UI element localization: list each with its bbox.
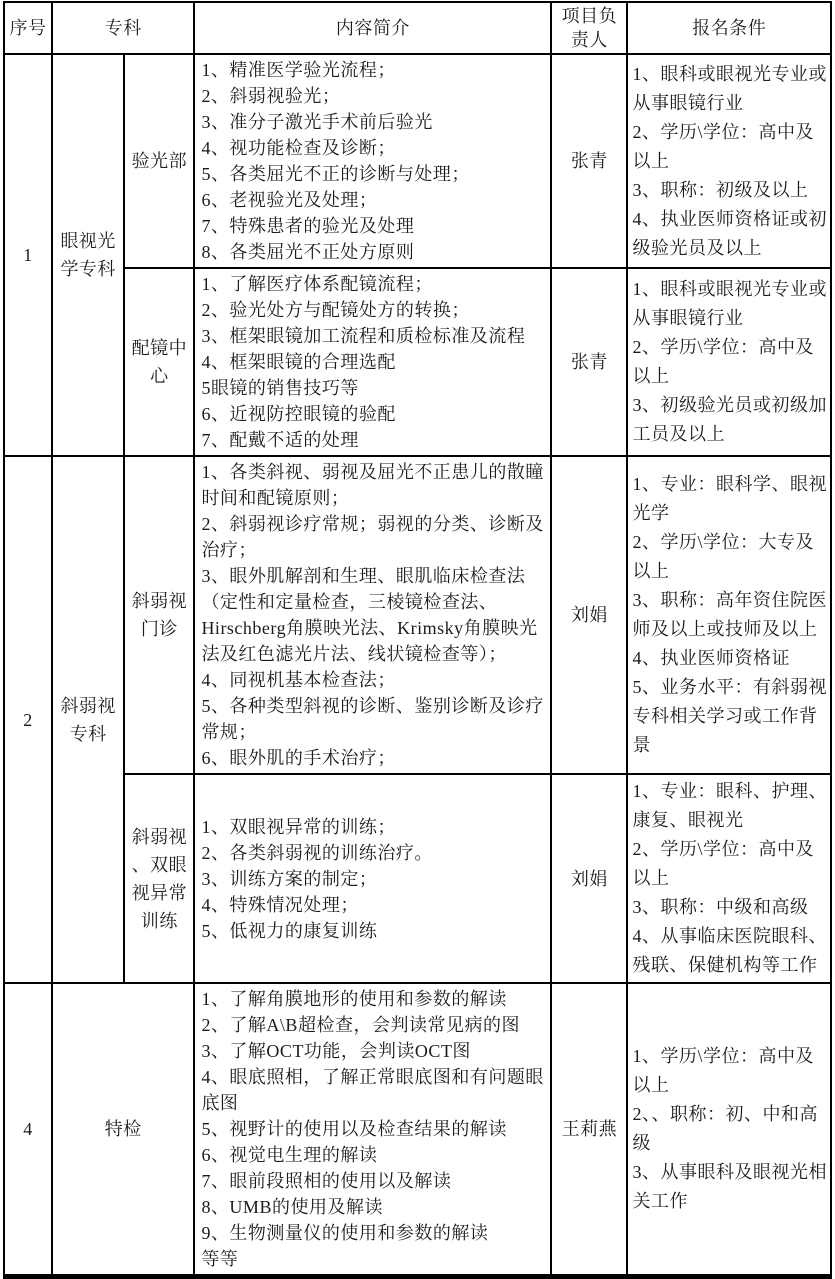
leader-cell: 张青 xyxy=(551,54,627,268)
conditions-cell: 1、眼科或眼视光专业或从事眼镜行业 2、学历\学位：高中及以上 3、初级验光员或… xyxy=(627,268,831,456)
leader-cell: 刘娟 xyxy=(551,774,627,983)
leader-cell: 刘娟 xyxy=(551,456,627,774)
content-cell: 1、双眼视异常的训练； 2、各类斜弱视的训练治疗。 3、训练方案的制定； 4、特… xyxy=(194,774,551,983)
table-row: 4 特检 1、了解角膜地形的使用和参数的解读 2、了解A\B超检查，会判读常见病… xyxy=(4,983,831,1277)
subspecialty-cell: 验光部 xyxy=(124,54,194,268)
conditions-cell: 1、学历\学位：高中及以上 2、、职称：初、中和高级 3、从事眼科及眼视光相关工… xyxy=(627,983,831,1277)
training-programs-table: 序号 专科 内容简介 项目负 责人 报名条件 1 眼视光 学专科 验光部 1、精… xyxy=(3,1,832,1279)
table-row: 2 斜弱视 专科 斜弱视 门诊 1、各类斜视、弱视及屈光不正患儿的散瞳时间和配镜… xyxy=(4,456,831,774)
conditions-cell: 1、专业：眼科、护理、康复、眼视光 2、学历\学位：高中及以上 3、职称：中级和… xyxy=(627,774,831,983)
group1-index: 1 xyxy=(4,54,52,456)
subspecialty-cell: 斜弱视 门诊 xyxy=(124,456,194,774)
conditions-cell: 1、眼科或眼视光专业或从事眼镜行业 2、学历\学位：高中及以上 3、职称：初级及… xyxy=(627,54,831,268)
content-cell: 1、了解医疗体系配镜流程； 2、验光处方与配镜处方的转换； 3、框架眼镜加工流程… xyxy=(194,268,551,456)
group4-index: 4 xyxy=(4,983,52,1277)
content-cell: 1、了解角膜地形的使用和参数的解读 2、了解A\B超检查，会判读常见病的图 3、… xyxy=(194,983,551,1277)
group2-specialty: 斜弱视 专科 xyxy=(52,456,124,983)
subspecialty-cell: 斜弱视 、双眼 视异常 训练 xyxy=(124,774,194,983)
conditions-cell: 1、专业：眼科学、眼视光学 2、学历\学位：大专及以上 3、职称：高年资住院医师… xyxy=(627,456,831,774)
group4-specialty: 特检 xyxy=(52,983,194,1277)
group1-specialty: 眼视光 学专科 xyxy=(52,54,124,456)
table-header-row: 序号 专科 内容简介 项目负 责人 报名条件 xyxy=(4,2,831,54)
subspecialty-cell: 配镜中 心 xyxy=(124,268,194,456)
leader-cell: 张青 xyxy=(551,268,627,456)
table-row: 配镜中 心 1、了解医疗体系配镜流程； 2、验光处方与配镜处方的转换； 3、框架… xyxy=(4,268,831,456)
header-content: 内容简介 xyxy=(194,2,551,54)
leader-cell: 王莉燕 xyxy=(551,983,627,1277)
header-leader: 项目负 责人 xyxy=(551,2,627,54)
header-index: 序号 xyxy=(4,2,52,54)
header-conditions: 报名条件 xyxy=(627,2,831,54)
header-specialty: 专科 xyxy=(52,2,194,54)
table-row: 1 眼视光 学专科 验光部 1、精准医学验光流程； 2、斜弱视验光； 3、准分子… xyxy=(4,54,831,268)
content-cell: 1、精准医学验光流程； 2、斜弱视验光； 3、准分子激光手术前后验光 4、视功能… xyxy=(194,54,551,268)
table-row: 斜弱视 、双眼 视异常 训练 1、双眼视异常的训练； 2、各类斜弱视的训练治疗。… xyxy=(4,774,831,983)
group2-index: 2 xyxy=(4,456,52,983)
content-cell: 1、各类斜视、弱视及屈光不正患儿的散瞳时间和配镜原则； 2、斜弱视诊疗常规；弱视… xyxy=(194,456,551,774)
